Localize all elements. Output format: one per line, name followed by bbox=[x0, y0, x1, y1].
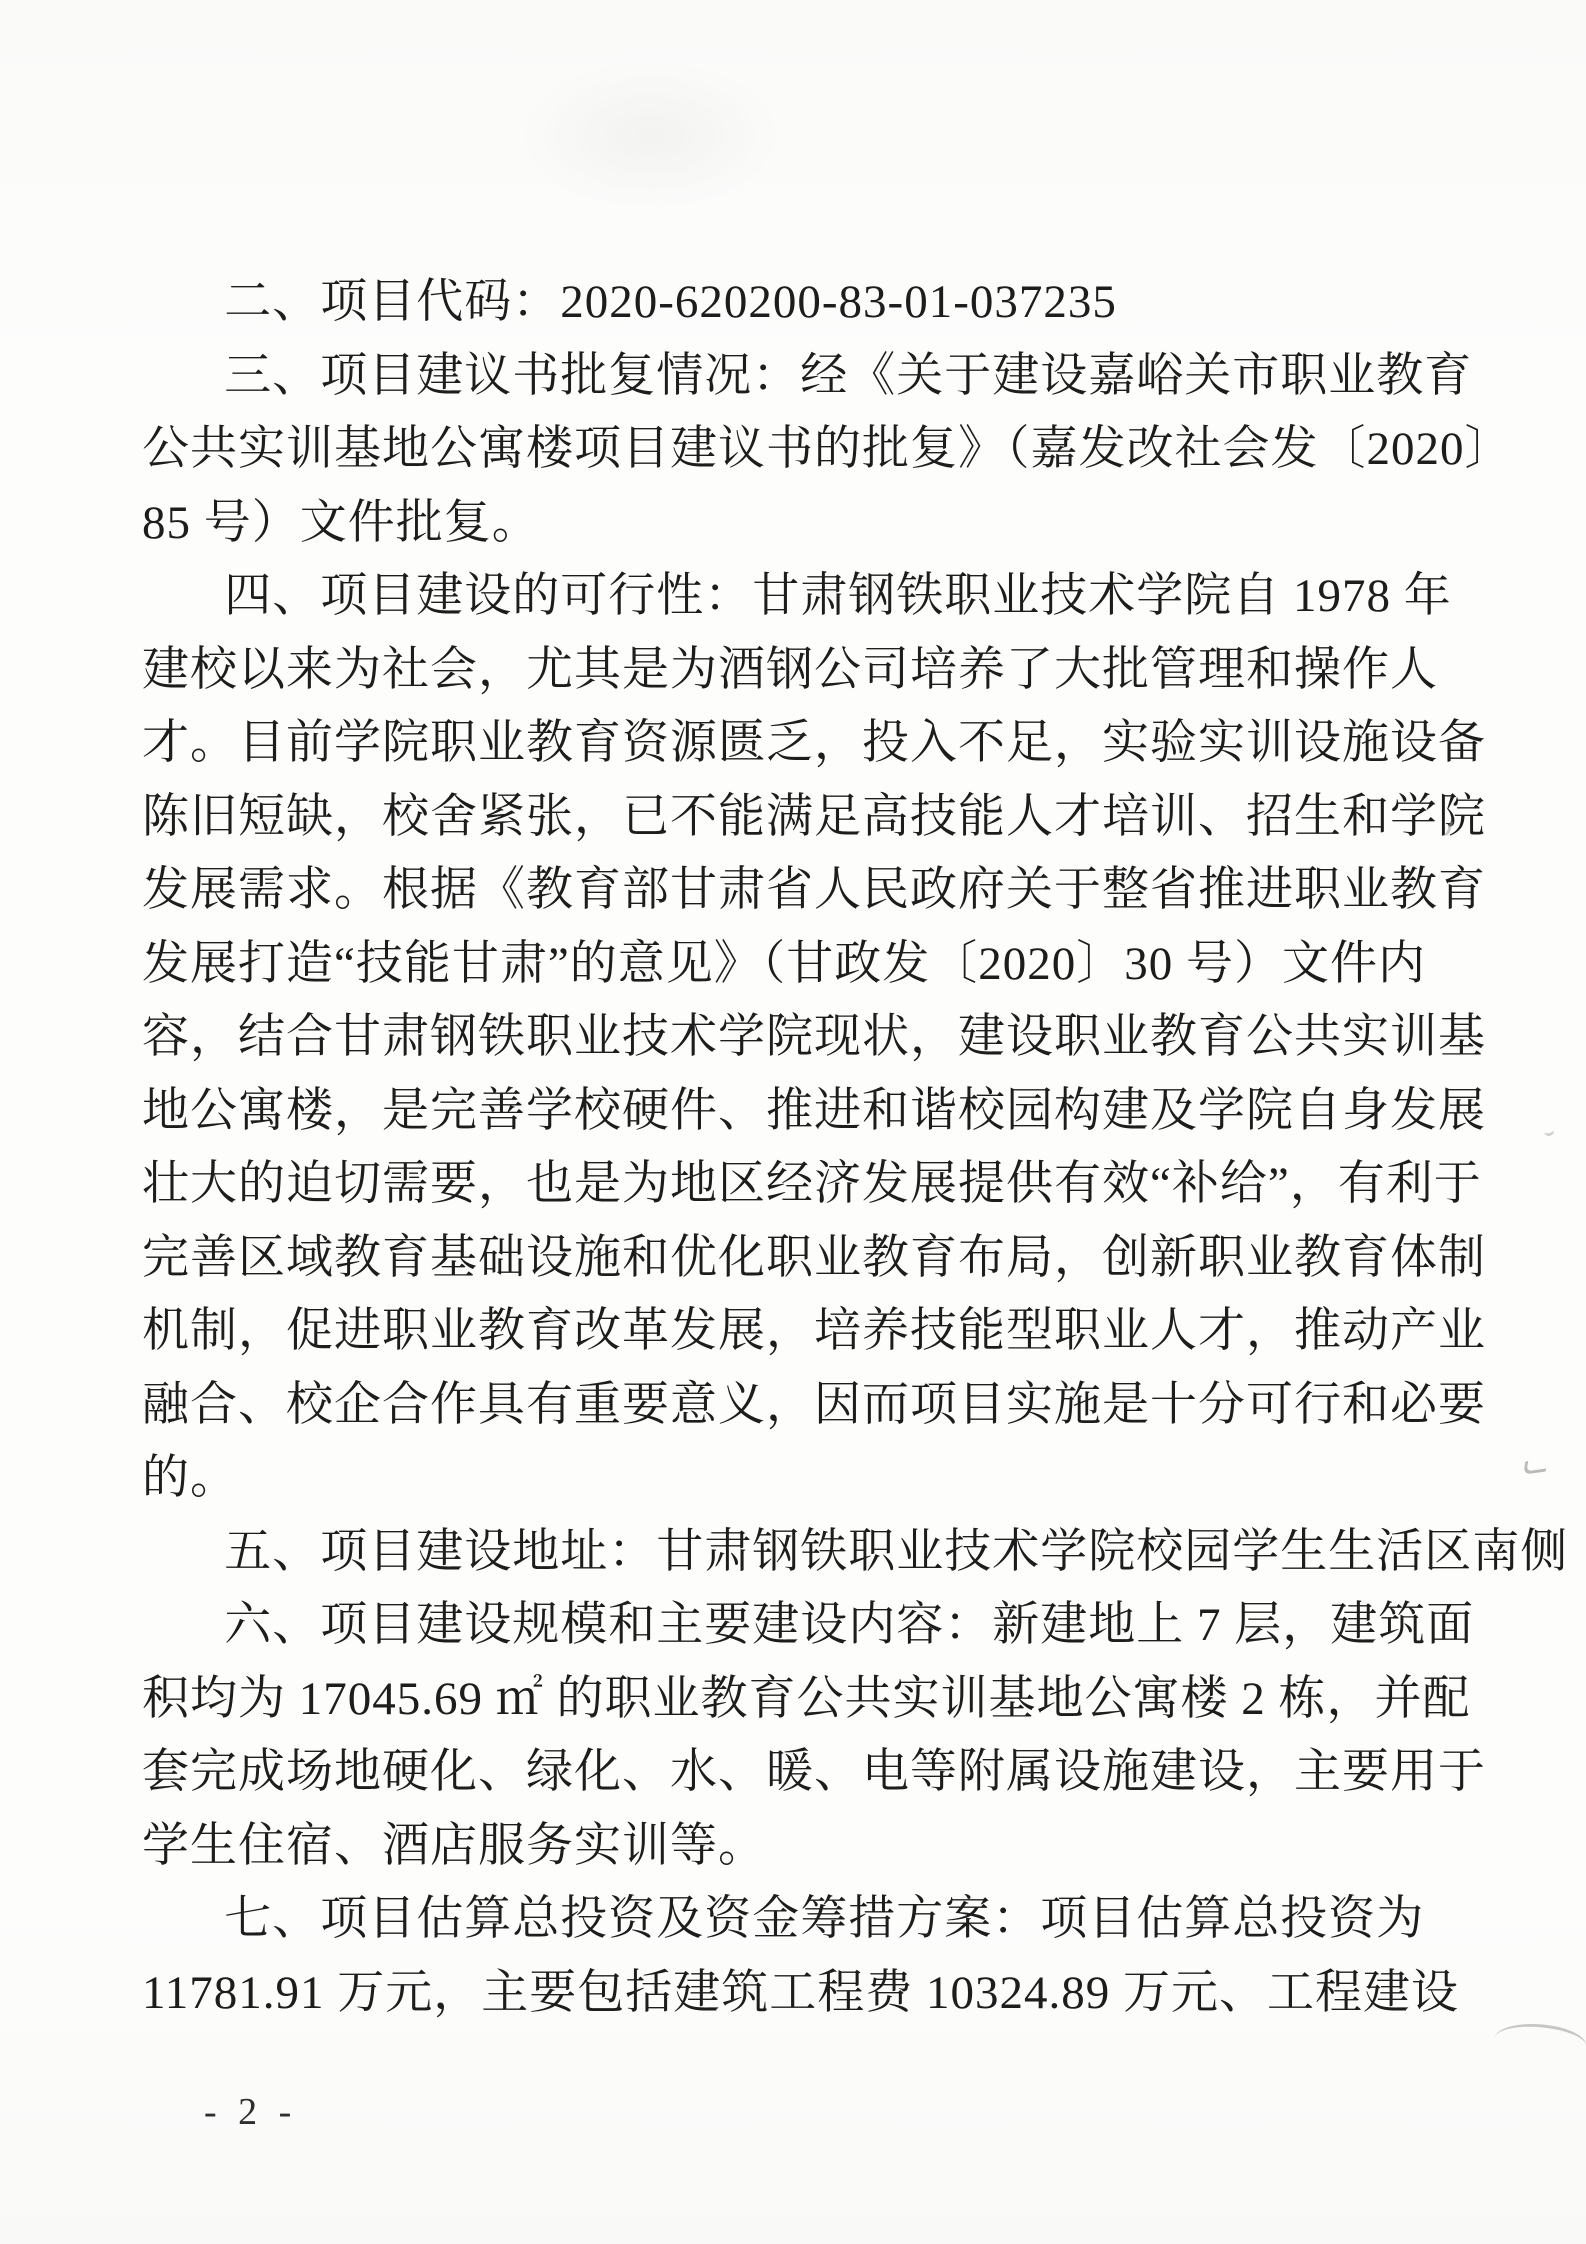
text-line: 完善区域教育基础设施和优化职业教育布局，创新职业教育体制 bbox=[142, 1222, 1458, 1296]
text-line: 容，结合甘肃钢铁职业技术学院现状，建设职业教育公共实训基 bbox=[142, 1001, 1458, 1075]
text-line: 三、项目建议书批复情况：经《关于建设嘉峪关市职业教育 bbox=[142, 340, 1458, 414]
text-line: 85 号）文件批复。 bbox=[142, 487, 1458, 561]
text-line: 融合、校企合作具有重要意义，因而项目实施是十分可行和必要 bbox=[142, 1369, 1458, 1443]
text-line: 11781.91 万元，主要包括建筑工程费 10324.89 万元、工程建设 bbox=[142, 1957, 1458, 2031]
text-line: 机制，促进职业教育改革发展，培养技能型职业人才，推动产业 bbox=[142, 1295, 1458, 1369]
text-line: 发展打造“技能甘肃”的意见》（甘政发〔2020〕30 号）文件内 bbox=[142, 928, 1458, 1002]
text-line: 四、项目建设的可行性：甘肃钢铁职业技术学院自 1978 年 bbox=[142, 560, 1458, 634]
scan-artifact-mark bbox=[1523, 1458, 1548, 1475]
text-line: 二、项目代码：2020-620200-83-01-037235 bbox=[142, 266, 1458, 340]
text-line: 壮大的迫切需要，也是为地区经济发展提供有效“补给”，有利于 bbox=[142, 1148, 1458, 1222]
text-line: 建校以来为社会，尤其是为酒钢公司培养了大批管理和操作人 bbox=[142, 634, 1458, 708]
scan-smudge bbox=[520, 60, 780, 210]
text-line: 地公寓楼，是完善学校硬件、推进和谐校园构建及学院自身发展 bbox=[142, 1075, 1458, 1149]
document-body: 二、项目代码：2020-620200-83-01-037235 三、项目建议书批… bbox=[142, 266, 1458, 2030]
text-line: 积均为 17045.69 ㎡ 的职业教育公共实训基地公寓楼 2 栋，并配 bbox=[142, 1663, 1458, 1737]
text-line: 套完成场地硬化、绿化、水、暖、电等附属设施建设，主要用于 bbox=[142, 1736, 1458, 1810]
text-line: 发展需求。根据《教育部甘肃省人民政府关于整省推进职业教育 bbox=[142, 854, 1458, 928]
scan-artifact-mark bbox=[1543, 1125, 1555, 1137]
text-line: 的。 bbox=[142, 1442, 1458, 1516]
text-line: 公共实训基地公寓楼项目建议书的批复》（嘉发改社会发〔2020〕 bbox=[142, 413, 1458, 487]
text-line: 五、项目建设地址：甘肃钢铁职业技术学院校园学生生活区南侧 bbox=[142, 1516, 1458, 1590]
page-number: - 2 - bbox=[204, 2090, 297, 2134]
scanned-document-page: 二、项目代码：2020-620200-83-01-037235 三、项目建议书批… bbox=[0, 0, 1586, 2244]
text-line: 陈旧短缺，校舍紧张，已不能满足高技能人才培训、招生和学院 bbox=[142, 781, 1458, 855]
text-line: 七、项目估算总投资及资金筹措方案：项目估算总投资为 bbox=[142, 1883, 1458, 1957]
scan-artifact-mark bbox=[1492, 2017, 1586, 2068]
text-line: 六、项目建设规模和主要建设内容：新建地上 7 层，建筑面 bbox=[142, 1589, 1458, 1663]
text-line: 才。目前学院职业教育资源匮乏，投入不足，实验实训设施设备 bbox=[142, 707, 1458, 781]
text-line: 学生住宿、酒店服务实训等。 bbox=[142, 1810, 1458, 1884]
